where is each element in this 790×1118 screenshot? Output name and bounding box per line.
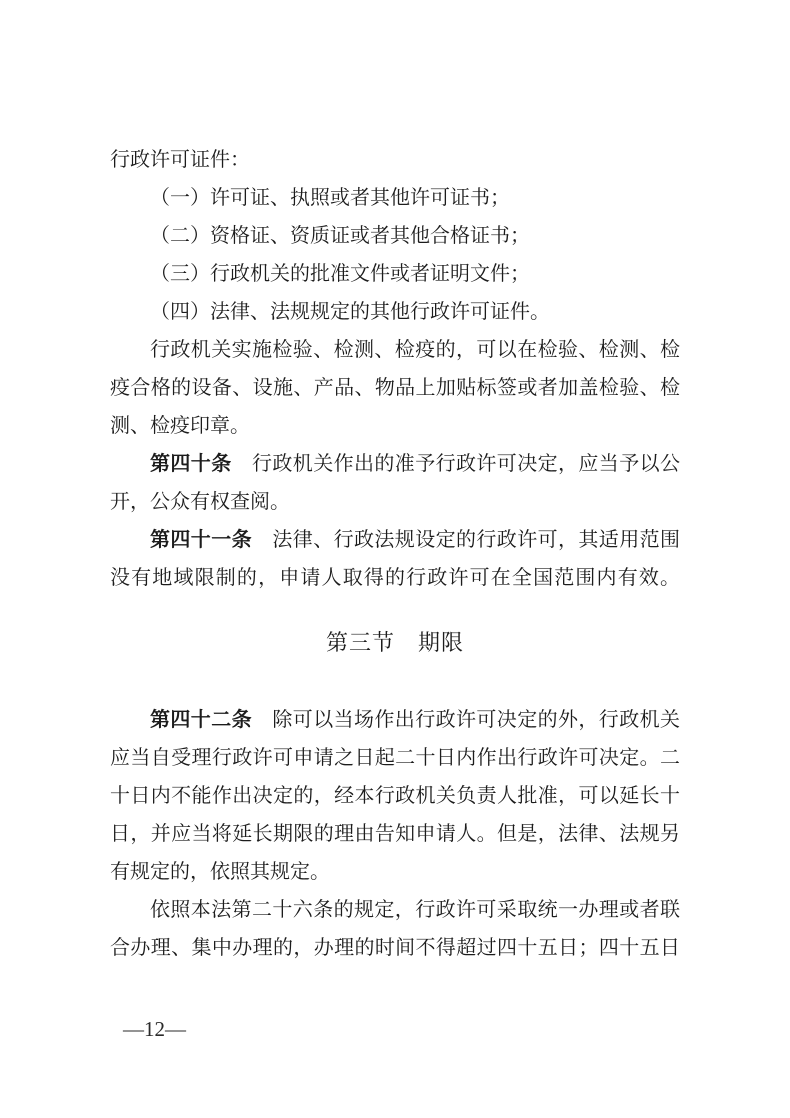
text-line: 有规定的，依照其规定。: [110, 853, 680, 891]
text-line: 第四十二条 除可以当场作出行政许可决定的外，行政机关: [110, 701, 680, 739]
text-line: 行政机关实施检验、检测、检疫的，可以在检验、检测、检: [110, 331, 680, 369]
text-block: 行政许可证件： （一）许可证、执照或者其他许可证书； （二）资格证、资质证或者其…: [110, 141, 680, 967]
page-number: —12—: [123, 1016, 186, 1042]
text-line: 十日内不能作出决定的，经本行政机关负责人批准，可以延长十: [110, 777, 680, 815]
article-number: 第四十条: [150, 453, 232, 475]
text-line: （三）行政机关的批准文件或者证明文件；: [110, 255, 680, 293]
document-page: 行政许可证件： （一）许可证、执照或者其他许可证书； （二）资格证、资质证或者其…: [0, 0, 790, 1118]
section-heading: 第三节 期限: [110, 621, 680, 665]
article-number: 第四十一条: [150, 529, 252, 551]
text-line: 应当自受理行政许可申请之日起二十日内作出行政许可决定。二: [110, 739, 680, 777]
text-line: 没有地域限制的，申请人取得的行政许可在全国范围内有效。: [110, 559, 680, 597]
text-line: 日，并应当将延长期限的理由告知申请人。但是，法律、法规另: [110, 815, 680, 853]
text-line: （一）许可证、执照或者其他许可证书；: [110, 179, 680, 217]
text-line: 行政许可证件：: [110, 141, 680, 179]
text-line: 合办理、集中办理的，办理的时间不得超过四十五日；四十五日: [110, 929, 680, 967]
text-line: 依照本法第二十六条的规定，行政许可采取统一办理或者联: [110, 891, 680, 929]
text-line: （二）资格证、资质证或者其他合格证书；: [110, 217, 680, 255]
text-line: 测、检疫印章。: [110, 407, 680, 445]
text-line: 疫合格的设备、设施、产品、物品上加贴标签或者加盖检验、检: [110, 369, 680, 407]
text-line: 第四十条 行政机关作出的准予行政许可决定，应当予以公: [110, 445, 680, 483]
text-line: 开，公众有权查阅。: [110, 483, 680, 521]
text-line: 第四十一条 法律、行政法规设定的行政许可，其适用范围: [110, 521, 680, 559]
text-line: （四）法律、法规规定的其他行政许可证件。: [110, 293, 680, 331]
article-number: 第四十二条: [150, 709, 252, 731]
